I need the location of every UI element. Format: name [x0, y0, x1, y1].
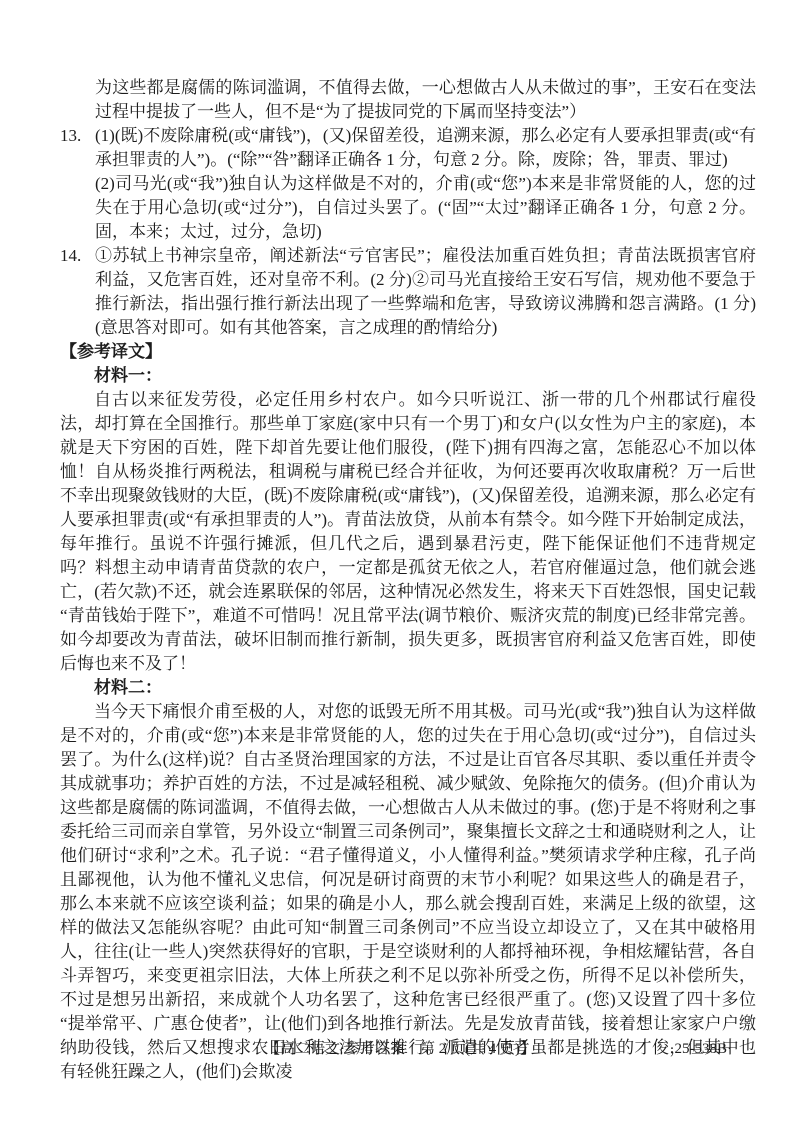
reference-translation-heading: 【参考译文】	[60, 340, 756, 364]
material-2-label: 材料二：	[60, 676, 756, 700]
answer-item-13: 13. (1)(既)不废除庸税(或“庸钱”)，(又)保留差役，追溯来源，那么必定…	[60, 124, 756, 244]
question-number-13: 13.	[60, 124, 95, 148]
material-1-translation: 自古以来征发劳役，必定任用乡村农户。如今只听说江、浙一带的几个州郡试行雇役法，却…	[60, 388, 756, 676]
answer-key-page: 为这些都是腐儒的陈词滥调，不值得去做，一心想做古人从未做过的事”，王安石在变法过…	[0, 0, 800, 1124]
material-1-label: 材料一：	[60, 364, 756, 388]
page-body: 为这些都是腐儒的陈词滥调，不值得去做，一心想做古人从未做过的事”，王安石在变法过…	[60, 76, 756, 1084]
page-footer: 【高二语文·参考答案 第 2 页(共 4 页)】 ·25-538B·	[0, 1038, 800, 1060]
answer-14-text: ①苏轼上书神宗皇帝，阐述新法“亏官害民”；雇役法加重百姓负担；青苗法既损害官府利…	[95, 244, 756, 340]
answer-13-part1: (1)(既)不废除庸税(或“庸钱”)，(又)保留差役，追溯来源，那么必定有人要承…	[95, 124, 756, 172]
answer-13-part2: (2)司马光(或“我”)独自认为这样做是不对的，介甫(或“您”)本来是非常贤能的…	[95, 172, 756, 244]
footer-title-page-number: 【高二语文·参考答案 第 2 页(共 4 页)】	[265, 1041, 535, 1057]
answer-12-carryover-text: 为这些都是腐儒的陈词滥调，不值得去做，一心想做古人从未做过的事”，王安石在变法过…	[60, 76, 756, 124]
paper-code: ·25-538B·	[670, 1038, 733, 1060]
answer-item-14: 14. ①苏轼上书神宗皇帝，阐述新法“亏官害民”；雇役法加重百姓负担；青苗法既损…	[60, 244, 756, 340]
question-number-14: 14.	[60, 244, 95, 268]
material-2-translation: 当今天下痛恨介甫至极的人，对您的诋毁无所不用其极。司马光(或“我”)独自认为这样…	[60, 700, 756, 1084]
